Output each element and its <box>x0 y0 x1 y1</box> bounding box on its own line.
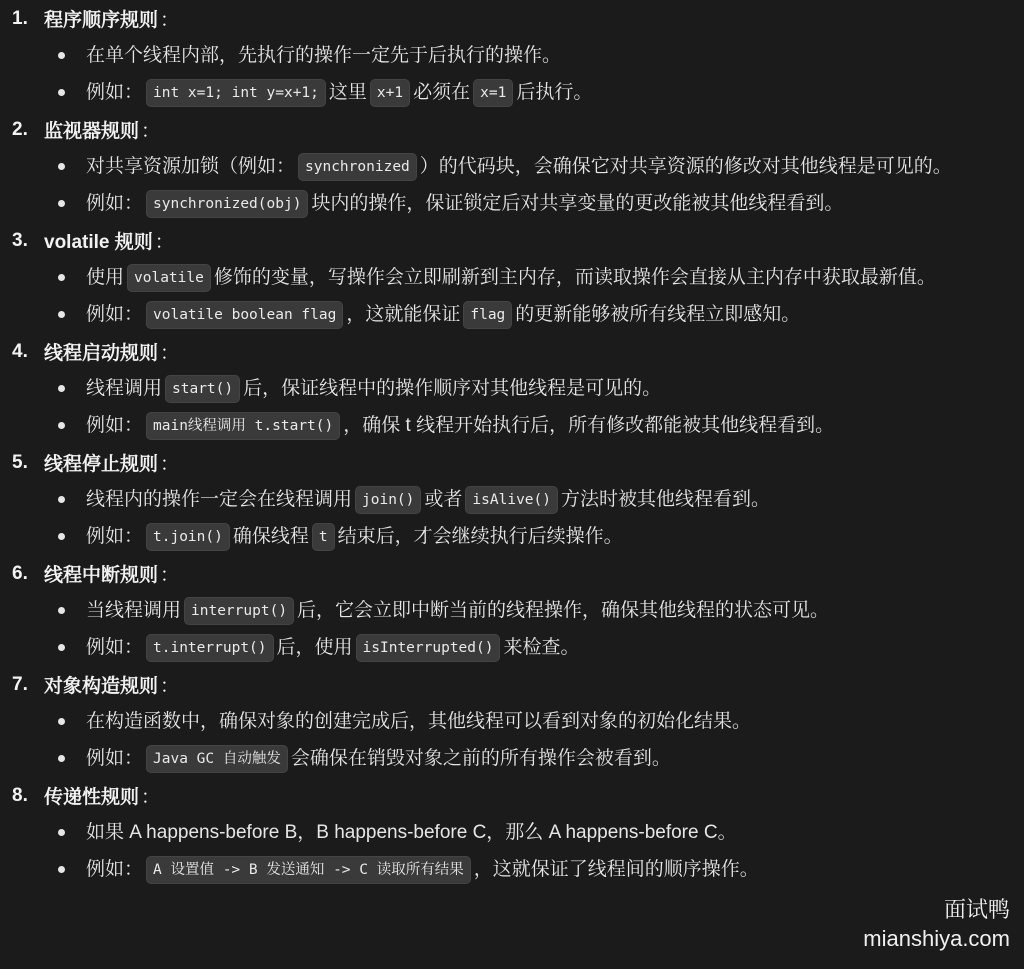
text-segment: 块内的操作，保证锁定后对共享变量的更改能被其他线程看到。 <box>311 193 843 214</box>
text-segment: 当线程调用 <box>86 600 181 621</box>
bullet-point: 例如：volatile boolean flag，这就能保证flag的更新能够被… <box>0 296 1024 333</box>
inline-code: t.interrupt() <box>146 634 274 662</box>
rule-item: 3.volatile 规则：使用volatile修饰的变量，写操作会立即刷新到主… <box>0 222 1024 333</box>
text-segment: 在构造函数中，确保对象的创建完成后，其他线程可以看到对象的初始化结果。 <box>86 711 751 732</box>
inline-code: Java GC 自动触发 <box>146 745 288 773</box>
text-segment: 后，使用 <box>277 637 353 658</box>
inline-code: int x=1; int y=x+1; <box>146 79 326 107</box>
rule-colon: ： <box>160 560 179 587</box>
text-segment: 在单个线程内部，先执行的操作一定先于后执行的操作。 <box>86 45 561 66</box>
rule-points: 当线程调用interrupt()后，它会立即中断当前的线程操作，确保其他线程的状… <box>0 592 1024 666</box>
text-segment: 或者 <box>424 489 462 510</box>
bullet-icon <box>58 385 65 392</box>
rule-heading: 8.传递性规则： <box>0 777 1024 814</box>
inline-code: A 设置值 -> B 发送通知 -> C 读取所有结果 <box>146 856 471 884</box>
rule-points: 对共享资源加锁（例如：synchronized）的代码块，会确保它对共享资源的修… <box>0 148 1024 222</box>
inline-code: volatile <box>127 264 211 292</box>
rule-heading: 3.volatile 规则： <box>0 222 1024 259</box>
rule-item: 8.传递性规则：如果 A happens-before B，B happens-… <box>0 777 1024 888</box>
rule-item: 2.监视器规则：对共享资源加锁（例如：synchronized）的代码块，会确保… <box>0 111 1024 222</box>
inline-code: x+1 <box>370 79 410 107</box>
rule-points: 线程调用start()后，保证线程中的操作顺序对其他线程是可见的。例如：main… <box>0 370 1024 444</box>
rules-list: 1.程序顺序规则：在单个线程内部，先执行的操作一定先于后执行的操作。例如：int… <box>0 0 1024 888</box>
text-segment: 的更新能够被所有线程立即感知。 <box>515 304 800 325</box>
text-segment: 确保线程 <box>233 526 309 547</box>
inline-code: x=1 <box>473 79 513 107</box>
text-segment: 来检查。 <box>503 637 579 658</box>
rule-points: 在构造函数中，确保对象的创建完成后，其他线程可以看到对象的初始化结果。例如：Ja… <box>0 703 1024 777</box>
text-segment: ，这就能保证 <box>346 304 460 325</box>
bullet-icon <box>58 52 65 59</box>
inline-code: isAlive() <box>465 486 558 514</box>
bullet-point: 例如：main线程调用 t.start()，确保 t 线程开始执行后，所有修改都… <box>0 407 1024 444</box>
rule-title: 监视器规则 <box>44 116 139 143</box>
bullet-point: 如果 A happens-before B，B happens-before C… <box>0 814 1024 851</box>
text-segment: 方法时被其他线程看到。 <box>561 489 770 510</box>
bullet-icon <box>58 200 65 207</box>
inline-code: t.join() <box>146 523 230 551</box>
rule-number: 3. <box>12 230 44 252</box>
rule-number: 2. <box>12 119 44 141</box>
rule-title: 传递性规则 <box>44 782 139 809</box>
bullet-point: 在单个线程内部，先执行的操作一定先于后执行的操作。 <box>0 37 1024 74</box>
rule-number: 5. <box>12 452 44 474</box>
rule-title: 线程中断规则 <box>44 560 158 587</box>
rule-points: 线程内的操作一定会在线程调用join()或者isAlive()方法时被其他线程看… <box>0 481 1024 555</box>
text-segment: 结束后，才会继续执行后续操作。 <box>338 526 623 547</box>
text-segment: 线程内的操作一定会在线程调用 <box>86 489 352 510</box>
text-segment: ）的代码块，会确保它对共享资源的修改对其他线程是可见的。 <box>420 156 952 177</box>
rule-colon: ： <box>155 227 174 254</box>
inline-code: synchronized <box>298 153 417 181</box>
bullet-point: 例如：int x=1; int y=x+1;这里x+1必须在x=1后执行。 <box>0 74 1024 111</box>
rule-item: 6.线程中断规则：当线程调用interrupt()后，它会立即中断当前的线程操作… <box>0 555 1024 666</box>
bullet-point: 对共享资源加锁（例如：synchronized）的代码块，会确保它对共享资源的修… <box>0 148 1024 185</box>
bullet-point: 使用volatile修饰的变量，写操作会立即刷新到主内存，而读取操作会直接从主内… <box>0 259 1024 296</box>
bullet-point: 在构造函数中，确保对象的创建完成后，其他线程可以看到对象的初始化结果。 <box>0 703 1024 740</box>
rule-colon: ： <box>141 116 160 143</box>
text-segment: ，这就保证了线程间的顺序操作。 <box>474 859 759 880</box>
text-segment: 如果 A happens-before B，B happens-before C… <box>86 822 737 843</box>
bullet-icon <box>58 755 65 762</box>
rule-points: 使用volatile修饰的变量，写操作会立即刷新到主内存，而读取操作会直接从主内… <box>0 259 1024 333</box>
text-segment: 使用 <box>86 267 124 288</box>
text-segment: 例如： <box>86 526 143 547</box>
rule-title: 对象构造规则 <box>44 671 158 698</box>
inline-code: join() <box>355 486 421 514</box>
bullet-point: 当线程调用interrupt()后，它会立即中断当前的线程操作，确保其他线程的状… <box>0 592 1024 629</box>
bullet-icon <box>58 89 65 96</box>
text-segment: 例如： <box>86 859 143 880</box>
text-segment: 例如： <box>86 748 143 769</box>
bullet-icon <box>58 829 65 836</box>
text-segment: 修饰的变量，写操作会立即刷新到主内存，而读取操作会直接从主内存中获取最新值。 <box>214 267 936 288</box>
document-body: 1.程序顺序规则：在单个线程内部，先执行的操作一定先于后执行的操作。例如：int… <box>0 0 1024 888</box>
rule-item: 4.线程启动规则：线程调用start()后，保证线程中的操作顺序对其他线程是可见… <box>0 333 1024 444</box>
bullet-icon <box>58 496 65 503</box>
rule-points: 如果 A happens-before B，B happens-before C… <box>0 814 1024 888</box>
bullet-point: 例如：t.join()确保线程t结束后，才会继续执行后续操作。 <box>0 518 1024 555</box>
rule-number: 8. <box>12 785 44 807</box>
rule-item: 7.对象构造规则：在构造函数中，确保对象的创建完成后，其他线程可以看到对象的初始… <box>0 666 1024 777</box>
inline-code: synchronized(obj) <box>146 190 308 218</box>
text-segment: 例如： <box>86 415 143 436</box>
inline-code: isInterrupted() <box>356 634 501 662</box>
rule-item: 5.线程停止规则：线程内的操作一定会在线程调用join()或者isAlive()… <box>0 444 1024 555</box>
rule-heading: 1.程序顺序规则： <box>0 0 1024 37</box>
rule-title: volatile 规则 <box>44 227 153 254</box>
bullet-icon <box>58 644 65 651</box>
text-segment: 这里 <box>329 82 367 103</box>
rule-points: 在单个线程内部，先执行的操作一定先于后执行的操作。例如：int x=1; int… <box>0 37 1024 111</box>
rule-colon: ： <box>160 338 179 365</box>
text-segment: 后执行。 <box>516 82 592 103</box>
text-segment: ，确保 t 线程开始执行后，所有修改都能被其他线程看到。 <box>343 415 834 436</box>
rule-colon: ： <box>160 5 179 32</box>
bullet-icon <box>58 533 65 540</box>
rule-title: 线程启动规则 <box>44 338 158 365</box>
text-segment: 后，它会立即中断当前的线程操作，确保其他线程的状态可见。 <box>297 600 829 621</box>
rule-item: 1.程序顺序规则：在单个线程内部，先执行的操作一定先于后执行的操作。例如：int… <box>0 0 1024 111</box>
bullet-point: 例如：Java GC 自动触发会确保在销毁对象之前的所有操作会被看到。 <box>0 740 1024 777</box>
rule-heading: 5.线程停止规则： <box>0 444 1024 481</box>
inline-code: volatile boolean flag <box>146 301 343 329</box>
text-segment: 线程调用 <box>86 378 162 399</box>
bullet-point: 例如：t.interrupt()后，使用isInterrupted()来检查。 <box>0 629 1024 666</box>
text-segment: 例如： <box>86 82 143 103</box>
bullet-point: 线程调用start()后，保证线程中的操作顺序对其他线程是可见的。 <box>0 370 1024 407</box>
bullet-icon <box>58 422 65 429</box>
inline-code: flag <box>463 301 512 329</box>
inline-code: start() <box>165 375 240 403</box>
text-segment: 必须在 <box>413 82 470 103</box>
bullet-point: 例如：A 设置值 -> B 发送通知 -> C 读取所有结果，这就保证了线程间的… <box>0 851 1024 888</box>
rule-heading: 6.线程中断规则： <box>0 555 1024 592</box>
text-segment: 后，保证线程中的操作顺序对其他线程是可见的。 <box>243 378 661 399</box>
inline-code: interrupt() <box>184 597 294 625</box>
text-segment: 例如： <box>86 637 143 658</box>
rule-number: 1. <box>12 8 44 30</box>
rule-heading: 4.线程启动规则： <box>0 333 1024 370</box>
inline-code: main线程调用 t.start() <box>146 412 340 440</box>
rule-number: 4. <box>12 341 44 363</box>
text-segment: 例如： <box>86 193 143 214</box>
rule-title: 线程停止规则 <box>44 449 158 476</box>
bullet-icon <box>58 274 65 281</box>
rule-colon: ： <box>160 449 179 476</box>
bullet-point: 例如：synchronized(obj)块内的操作，保证锁定后对共享变量的更改能… <box>0 185 1024 222</box>
bullet-point: 线程内的操作一定会在线程调用join()或者isAlive()方法时被其他线程看… <box>0 481 1024 518</box>
bullet-icon <box>58 311 65 318</box>
inline-code: t <box>312 523 335 551</box>
rule-colon: ： <box>160 671 179 698</box>
bullet-icon <box>58 866 65 873</box>
rule-heading: 7.对象构造规则： <box>0 666 1024 703</box>
rule-number: 7. <box>12 674 44 696</box>
text-segment: 例如： <box>86 304 143 325</box>
rule-colon: ： <box>141 782 160 809</box>
rule-title: 程序顺序规则 <box>44 5 158 32</box>
bullet-icon <box>58 163 65 170</box>
text-segment: 会确保在销毁对象之前的所有操作会被看到。 <box>291 748 671 769</box>
watermark-name: 面试鸭 <box>944 893 1010 924</box>
rule-number: 6. <box>12 563 44 585</box>
bullet-icon <box>58 607 65 614</box>
text-segment: 对共享资源加锁（例如： <box>86 156 295 177</box>
bullet-icon <box>58 718 65 725</box>
rule-heading: 2.监视器规则： <box>0 111 1024 148</box>
watermark-url: mianshiya.com <box>863 926 1010 952</box>
